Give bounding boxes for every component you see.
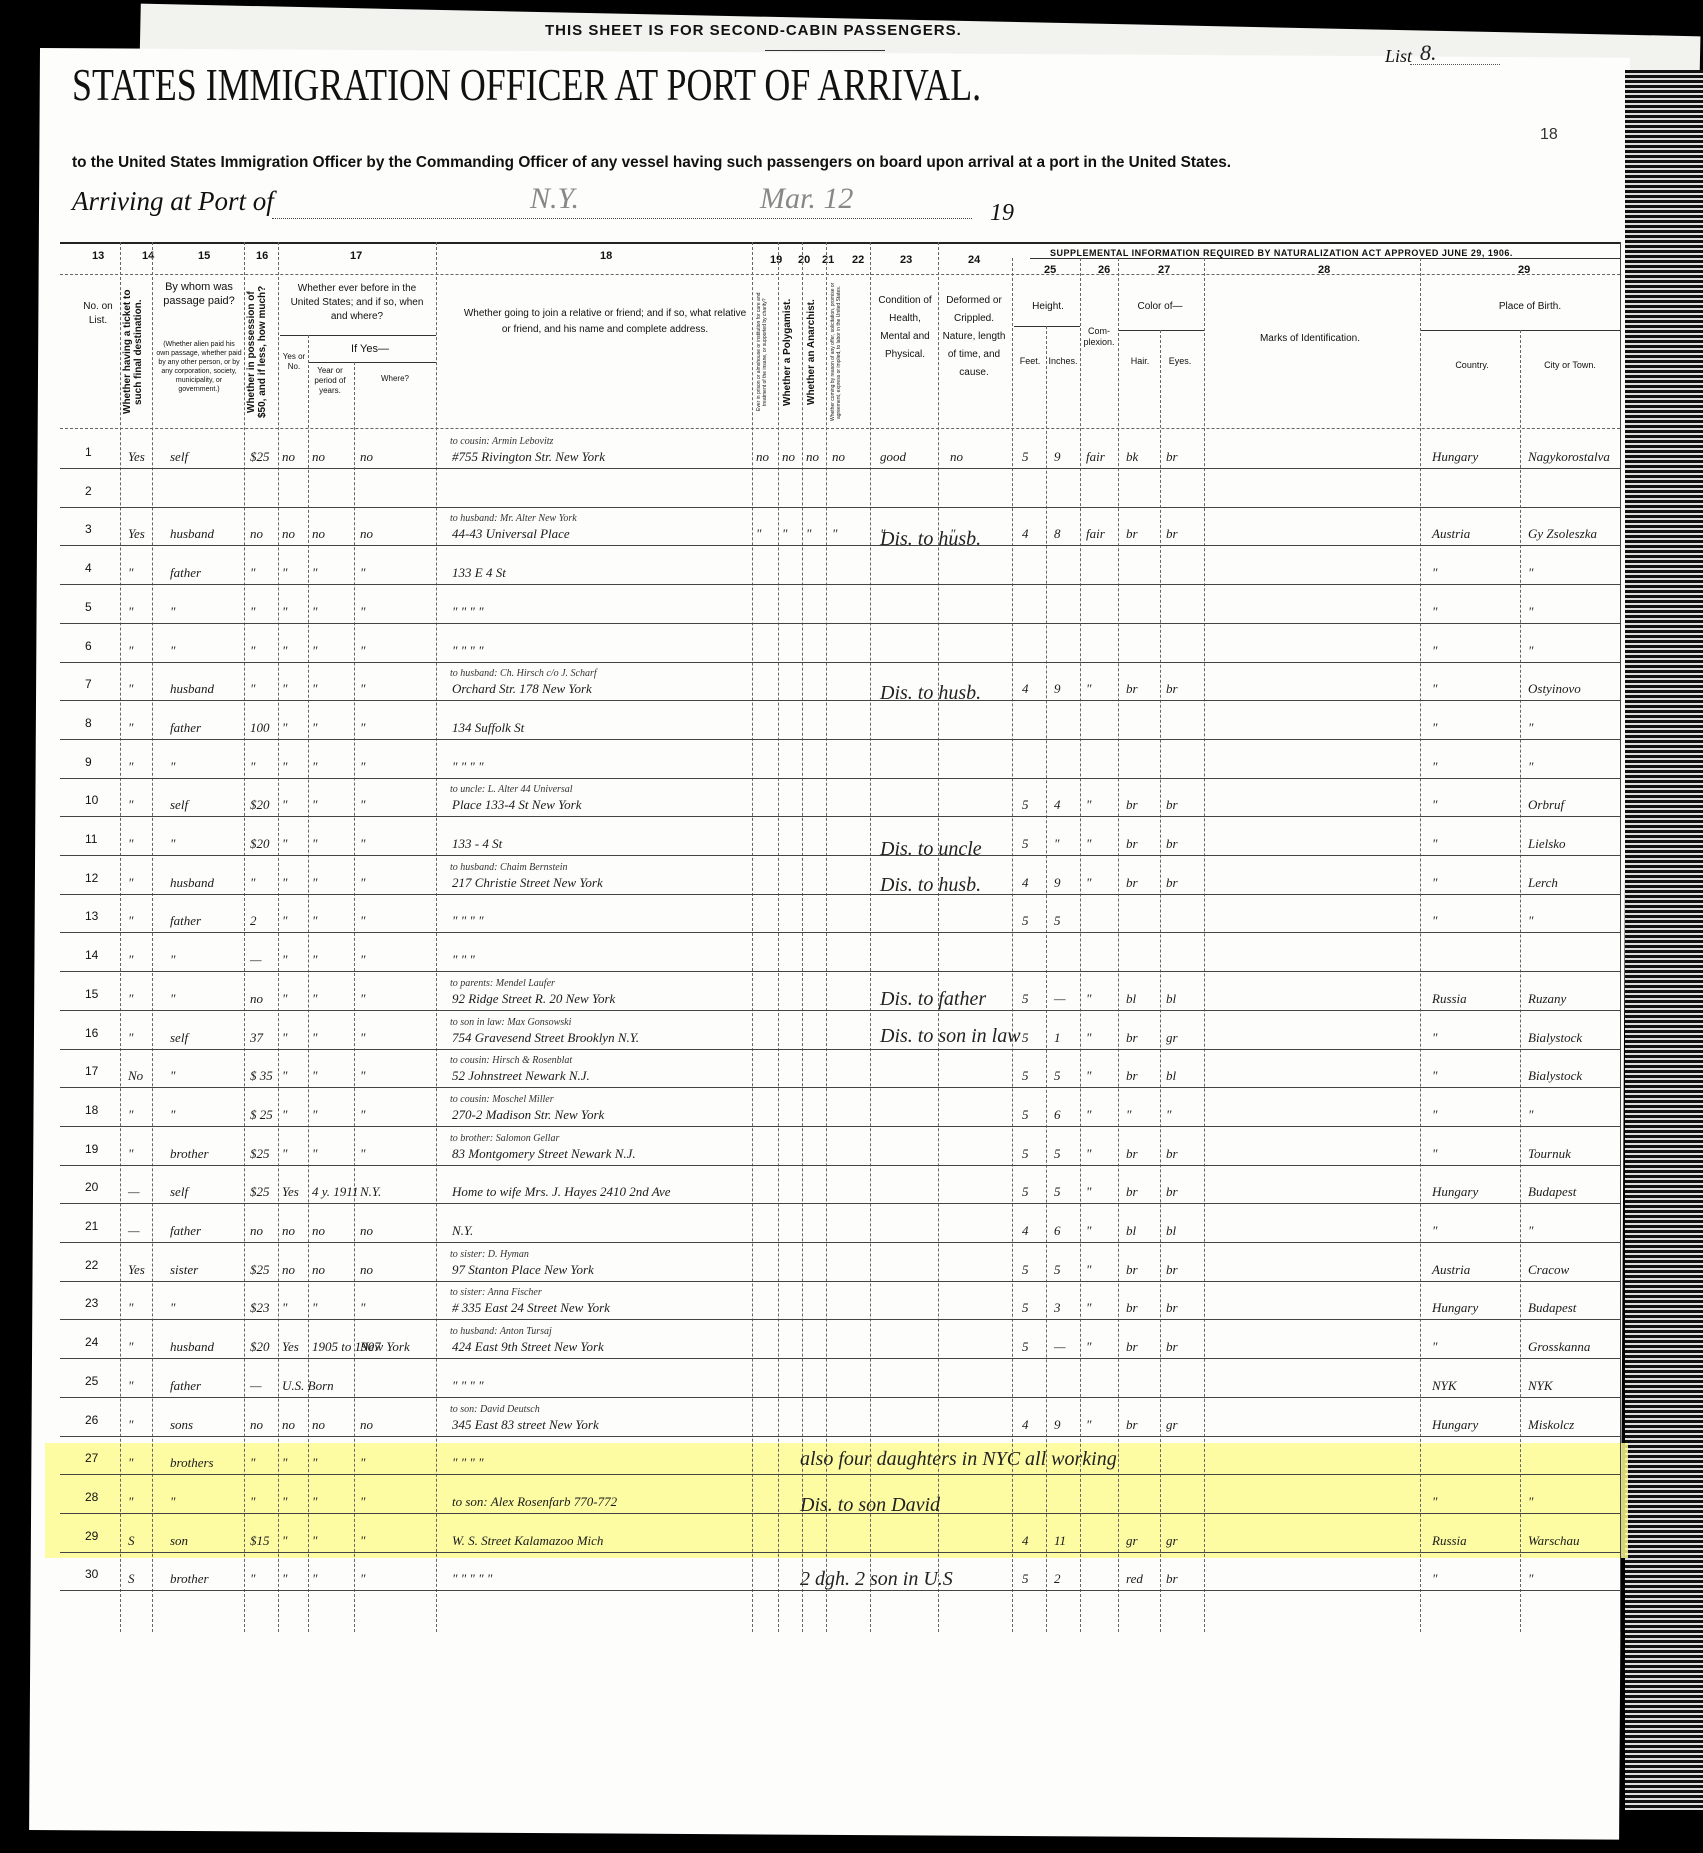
cell-ticket: " — [128, 1417, 133, 1433]
cell-where: New York — [360, 1339, 410, 1355]
cell-money: " — [250, 759, 255, 775]
cell-money: " — [250, 643, 255, 659]
row-number: 3 — [85, 522, 92, 536]
row-number: 15 — [85, 987, 98, 1001]
col-ticket: Whether having a ticket to such final de… — [122, 282, 146, 422]
cell-before: no — [282, 526, 295, 542]
cell-eyes: br — [1166, 1300, 1178, 1316]
cell-city: " — [1528, 643, 1533, 659]
cell-ticket: " — [128, 875, 133, 891]
cell-in: 9 — [1054, 875, 1061, 891]
row-rule — [60, 971, 1620, 972]
relative-address: Orchard Str. 178 New York — [452, 681, 592, 697]
relative-address: 97 Stanton Place New York — [452, 1262, 594, 1278]
row-rule — [60, 662, 1620, 663]
cell-where: " — [360, 1107, 365, 1123]
cell-ticket: " — [128, 681, 133, 697]
cell-city: " — [1528, 913, 1533, 929]
row-rule — [60, 1010, 1620, 1011]
cell-where: " — [360, 1494, 365, 1510]
relative-address: 133 E 4 St — [452, 565, 506, 581]
cell-money: $25 — [250, 449, 270, 465]
col-passage-paid: By whom was passage paid? — [156, 280, 242, 308]
col-num-22: 22 — [852, 254, 864, 266]
list-label: List — [1385, 46, 1412, 67]
col-inches: Inches. — [1046, 354, 1080, 368]
list-rule — [1410, 64, 1500, 65]
table-row: 10to uncle: L. Alter 44 UniversalPlace 1… — [60, 780, 1620, 817]
cell-money: — — [250, 1378, 262, 1394]
relative-name: to cousin: Hirsch & Rosenblat — [450, 1055, 572, 1066]
row-rule — [60, 1049, 1620, 1050]
cell-country: Austria — [1432, 1262, 1470, 1278]
row-number: 10 — [85, 793, 98, 807]
row-rule — [60, 932, 1620, 933]
cell-in: 6 — [1054, 1223, 1061, 1239]
cell-paid: father — [170, 913, 201, 929]
cell-country: Hungary — [1432, 1184, 1478, 1200]
cell-year: " — [312, 1146, 317, 1162]
cell-money: no — [250, 1417, 263, 1433]
cell-where: " — [360, 991, 365, 1007]
cell-in: 11 — [1054, 1533, 1066, 1549]
annotation-row12: Dis. to husb. — [880, 874, 981, 897]
relative-name: to husband: Mr. Alter New York — [450, 513, 577, 524]
cell-ticket: " — [128, 1300, 133, 1316]
cell-year: no — [312, 1262, 325, 1278]
relative-address: " " " " — [452, 1455, 484, 1471]
cell-country: " — [1432, 797, 1437, 813]
cell-ticket: " — [128, 1339, 133, 1355]
cell-ticket: Yes — [128, 1262, 145, 1278]
cell-money: $23 — [250, 1300, 270, 1316]
cell-eyes: br — [1166, 836, 1178, 852]
col-complexion: Com-plexion. — [1082, 326, 1116, 348]
cell-in: 4 — [1054, 797, 1061, 813]
table-row: 22to sister: D. Hyman97 Stanton Place Ne… — [60, 1245, 1620, 1282]
relative-address: " " " " " — [452, 1571, 492, 1587]
cell-paid: husband — [170, 526, 214, 542]
cell-before: " — [282, 1455, 287, 1471]
cell-country: NYK — [1432, 1378, 1457, 1394]
cell-before: Yes — [282, 1339, 299, 1355]
cell-eyes: gr — [1166, 1533, 1178, 1549]
row-number: 24 — [85, 1335, 98, 1349]
cell-cx: " — [1086, 1146, 1091, 1162]
cell-paid: self — [170, 797, 188, 813]
relative-address: 44-43 Universal Place — [452, 526, 570, 542]
cell-where: no — [360, 1223, 373, 1239]
cell-ft: 5 — [1022, 1107, 1029, 1123]
cell-c20: no — [782, 449, 795, 465]
relative-name: to husband: Ch. Hirsch c/o J. Scharf — [450, 668, 597, 679]
cell-where: " — [360, 1068, 365, 1084]
table-row: 2 — [60, 471, 1620, 508]
cell-where: N.Y. — [360, 1184, 381, 1200]
cell-cx: " — [1086, 1223, 1091, 1239]
cell-deformed: no — [950, 449, 963, 465]
table-row: 15to parents: Mendel Laufer92 Ridge Stre… — [60, 974, 1620, 1011]
cell-country: " — [1432, 643, 1437, 659]
cell-in: 2 — [1054, 1571, 1061, 1587]
cell-ticket: " — [128, 720, 133, 736]
col-deformed: Deformed or Crippled. Nature, length of … — [940, 292, 1008, 382]
row-rule — [60, 816, 1620, 817]
cell-before: " — [282, 1068, 287, 1084]
cell-ticket: S — [128, 1533, 135, 1549]
cell-before: " — [282, 913, 287, 929]
cell-money: $25 — [250, 1184, 270, 1200]
cell-where: no — [360, 1262, 373, 1278]
col-country: Country. — [1422, 358, 1522, 372]
cell-year: " — [312, 759, 317, 775]
cell-before: " — [282, 759, 287, 775]
cell-money: $ 25 — [250, 1107, 273, 1123]
cell-money: $25 — [250, 1262, 270, 1278]
row-number: 17 — [85, 1064, 98, 1078]
cell-ft: 5 — [1022, 1262, 1029, 1278]
cell-ticket: — — [128, 1184, 140, 1200]
cell-year: " — [312, 1107, 317, 1123]
cell-paid: husband — [170, 1339, 214, 1355]
cell-where: " — [360, 1030, 365, 1046]
cell-before: " — [282, 1300, 287, 1316]
row-rule — [60, 1126, 1620, 1127]
table-row: 16to son in law: Max Gonsowski754 Graves… — [60, 1013, 1620, 1050]
cell-ft: 5 — [1022, 1184, 1029, 1200]
cell-where: " — [360, 720, 365, 736]
row-number: 18 — [85, 1103, 98, 1117]
cell-ticket: " — [128, 1107, 133, 1123]
relative-name: to sister: Anna Fischer — [450, 1287, 542, 1298]
col-num-16: 16 — [256, 250, 268, 262]
cell-c22: " — [832, 526, 837, 542]
col-city: City or Town. — [1520, 358, 1620, 372]
cell-money: " — [250, 1571, 255, 1587]
cell-hair: br — [1126, 1417, 1138, 1433]
col-passage-paid-note: (Whether alien paid his own passage, whe… — [156, 340, 242, 394]
cell-health: good — [880, 449, 906, 465]
cell-hair: br — [1126, 875, 1138, 891]
row-rule — [60, 1397, 1620, 1398]
relative-address: N.Y. — [452, 1223, 473, 1239]
cell-paid: husband — [170, 875, 214, 891]
cell-ticket: Yes — [128, 526, 145, 542]
relative-name: to husband: Anton Tursaj — [450, 1326, 552, 1337]
annotation-row16: Dis. to son in law — [880, 1025, 1021, 1048]
cell-city: Warschau — [1528, 1533, 1580, 1549]
cell-eyes: gr — [1166, 1030, 1178, 1046]
color-rule — [1118, 330, 1204, 331]
cell-cx: " — [1086, 1262, 1091, 1278]
col-yes-no: Yes or No. — [282, 352, 306, 372]
cell-before: no — [282, 1223, 295, 1239]
row-number: 25 — [85, 1374, 98, 1388]
cell-city: Gy Zsoleszka — [1528, 526, 1597, 542]
c17-rule-2 — [308, 362, 436, 363]
cell-country: Hungary — [1432, 449, 1478, 465]
cell-country: Hungary — [1432, 1300, 1478, 1316]
cell-city: Orbruf — [1528, 797, 1564, 813]
col-money: Whether in possession of $50, and if les… — [246, 282, 274, 422]
cell-city: Grosskanna — [1528, 1339, 1590, 1355]
cell-cx: " — [1086, 1068, 1091, 1084]
cell-eyes: br — [1166, 681, 1178, 697]
table-row: 29W. S. Street Kalamazoo MichSson$15"""4… — [60, 1516, 1620, 1553]
row-rule — [60, 739, 1620, 740]
cell-country: " — [1432, 913, 1437, 929]
cell-ticket: Yes — [128, 449, 145, 465]
cell-country: " — [1432, 565, 1437, 581]
cell-eyes: br — [1166, 449, 1178, 465]
cell-country: " — [1432, 759, 1437, 775]
cell-money: $20 — [250, 797, 270, 813]
cell-c19: " — [756, 526, 761, 542]
cell-money: no — [250, 526, 263, 542]
cell-ft: 5 — [1022, 797, 1029, 813]
relative-address: 424 East 9th Street New York — [452, 1339, 604, 1355]
cell-ticket: " — [128, 797, 133, 813]
col-place-of-birth: Place of Birth. — [1430, 300, 1630, 314]
cell-where: " — [360, 1300, 365, 1316]
row-number: 22 — [85, 1258, 98, 1272]
cell-where: " — [360, 913, 365, 929]
cell-in: " — [1054, 836, 1059, 852]
cell-in: 1 — [1054, 1030, 1061, 1046]
cell-ft: 5 — [1022, 1339, 1029, 1355]
arrival-date: Mar. 12 — [760, 182, 853, 216]
cell-paid: sons — [170, 1417, 193, 1433]
col-anarchist: Whether an Anarchist. — [806, 282, 826, 422]
cell-paid: brother — [170, 1571, 209, 1587]
cell-country: Austria — [1432, 526, 1470, 542]
relative-address: Home to wife Mrs. J. Hayes 2410 2nd Ave — [452, 1184, 671, 1200]
cell-city: " — [1528, 604, 1533, 620]
cell-paid: husband — [170, 681, 214, 697]
cell-country: Hungary — [1432, 1417, 1478, 1433]
col-polygamist: Whether a Polygamist. — [782, 282, 802, 422]
cell-money: no — [250, 1223, 263, 1239]
relative-address: 52 Johnstreet Newark N.J. — [452, 1068, 590, 1084]
relative-address: " " " " — [452, 913, 484, 929]
row-number: 1 — [85, 445, 92, 459]
cell-city: Budapest — [1528, 1184, 1576, 1200]
cell-city: " — [1528, 1107, 1533, 1123]
cell-hair: br — [1126, 1262, 1138, 1278]
cell-city: Nagykorostalva — [1528, 449, 1610, 465]
relative-address: 92 Ridge Street R. 20 New York — [452, 991, 615, 1007]
cell-eyes: gr — [1166, 1417, 1178, 1433]
row-rule — [60, 1203, 1620, 1204]
cell-ticket: No — [128, 1068, 143, 1084]
cell-ticket: " — [128, 604, 133, 620]
annotation-row15: Dis. to father — [880, 988, 986, 1011]
row-number: 12 — [85, 871, 98, 885]
row-number: 30 — [85, 1567, 98, 1581]
cell-before: " — [282, 1107, 287, 1123]
cell-c20: " — [782, 526, 787, 542]
cell-in: 9 — [1054, 1417, 1061, 1433]
cell-country: " — [1432, 604, 1437, 620]
cell-c22: no — [832, 449, 845, 465]
cell-country: " — [1432, 1107, 1437, 1123]
cell-city: Ostyinovo — [1528, 681, 1581, 697]
relative-name: to uncle: L. Alter 44 Universal — [450, 784, 573, 795]
cell-money: $15 — [250, 1533, 270, 1549]
port-value: N.Y. — [530, 182, 579, 216]
cell-where: " — [360, 1146, 365, 1162]
cell-ft: 4 — [1022, 526, 1029, 542]
cell-ft: 4 — [1022, 1223, 1029, 1239]
row-number: 29 — [85, 1529, 98, 1543]
col-num-21: 21 — [822, 254, 834, 266]
relative-name: to husband: Chaim Bernstein — [450, 862, 568, 873]
cell-year: " — [312, 681, 317, 697]
cell-hair: br — [1126, 1030, 1138, 1046]
table-row: 19to brother: Salomon Gellar83 Montgomer… — [60, 1129, 1620, 1166]
cell-c21: " — [806, 526, 811, 542]
cell-where: no — [360, 526, 373, 542]
cell-hair: bl — [1126, 991, 1136, 1007]
cell-money: " — [250, 1455, 255, 1471]
cell-money: " — [250, 1494, 255, 1510]
relative-name: to cousin: Armin Lebovitz — [450, 436, 553, 447]
row-number: 9 — [85, 755, 92, 769]
cell-ticket: " — [128, 1378, 133, 1394]
cell-before: " — [282, 1533, 287, 1549]
table-row: 18to cousin: Moschel Miller270-2 Madison… — [60, 1090, 1620, 1127]
cell-paid: self — [170, 1030, 188, 1046]
row-number: 23 — [85, 1296, 98, 1310]
col-feet: Feet. — [1014, 354, 1046, 368]
list-number: 8. — [1420, 40, 1437, 66]
cell-before: " — [282, 836, 287, 852]
row-rule — [60, 1281, 1620, 1282]
cell-hair: gr — [1126, 1533, 1138, 1549]
cell-paid: son — [170, 1533, 188, 1549]
cell-city: " — [1528, 1494, 1533, 1510]
cell-c19: no — [756, 449, 769, 465]
cell-in: 5 — [1054, 913, 1061, 929]
cell-cx: fair — [1086, 526, 1105, 542]
cell-ticket: " — [128, 759, 133, 775]
cell-city: Cracow — [1528, 1262, 1569, 1278]
cell-ticket: " — [128, 991, 133, 1007]
relative-address: 754 Gravesend Street Brooklyn N.Y. — [452, 1030, 639, 1046]
row-rule — [60, 778, 1620, 779]
relative-name: to son: David Deutsch — [450, 1404, 540, 1415]
cell-paid: " — [170, 952, 175, 968]
row-rule — [60, 468, 1620, 469]
table-row: 11133 - 4 St""$20"""5""brbr"Lielsko — [60, 819, 1620, 856]
cell-in: — — [1054, 1339, 1066, 1355]
cell-ft: 5 — [1022, 449, 1029, 465]
cell-year: " — [312, 991, 317, 1007]
cell-hair: " — [1126, 1107, 1131, 1123]
cell-cx: " — [1086, 1107, 1091, 1123]
port-label: Arriving at Port of — [72, 186, 274, 217]
cell-ticket: " — [128, 1030, 133, 1046]
cell-year: " — [312, 836, 317, 852]
cell-year: " — [312, 1571, 317, 1587]
cell-hair: br — [1126, 1300, 1138, 1316]
table-row: 8134 Suffolk St"father100""""" — [60, 703, 1620, 740]
row-rule — [60, 1087, 1620, 1088]
cell-before: " — [282, 991, 287, 1007]
cell-hair: br — [1126, 1146, 1138, 1162]
top-rule — [60, 242, 1620, 244]
cell-ticket: " — [128, 952, 133, 968]
relative-address: " " " " — [452, 643, 484, 659]
cell-cx: " — [1086, 1030, 1091, 1046]
cell-before: " — [282, 1571, 287, 1587]
cell-ft: 5 — [1022, 836, 1029, 852]
cell-ticket: " — [128, 913, 133, 929]
row-rule — [60, 545, 1620, 546]
cell-year: " — [312, 643, 317, 659]
table-row: 23to sister: Anna Fischer# 335 East 24 S… — [60, 1283, 1620, 1320]
cell-before: no — [282, 1262, 295, 1278]
row-rule — [60, 1358, 1620, 1359]
cell-where: " — [360, 565, 365, 581]
row-number: 5 — [85, 600, 92, 614]
height-rule — [1014, 326, 1080, 327]
cell-city: Bialystock — [1528, 1068, 1582, 1084]
cell-year: " — [312, 1455, 317, 1471]
cell-in: 5 — [1054, 1184, 1061, 1200]
cell-paid: father — [170, 1223, 201, 1239]
col-num-13: 13 — [92, 250, 104, 262]
col-contract-labor: Whether coming by reason of any offer, s… — [830, 282, 852, 422]
cell-city: " — [1528, 720, 1533, 736]
col-height: Height. — [1018, 300, 1078, 314]
col-color-of: Color of— — [1120, 300, 1200, 314]
table-row: 7to husband: Ch. Hirsch c/o J. ScharfOrc… — [60, 664, 1620, 701]
cell-country: " — [1432, 836, 1437, 852]
cell-paid: brothers — [170, 1455, 214, 1471]
cell-city: NYK — [1528, 1378, 1553, 1394]
header-bottom-rule — [60, 428, 1620, 429]
cell-city: " — [1528, 1223, 1533, 1239]
row-rule — [60, 1165, 1620, 1166]
cell-ticket: " — [128, 1146, 133, 1162]
relative-address: 217 Christie Street New York — [452, 875, 603, 891]
cell-year: " — [312, 720, 317, 736]
row-number: 28 — [85, 1490, 98, 1504]
row-number: 6 — [85, 639, 92, 653]
cell-before: no — [282, 449, 295, 465]
cell-country: " — [1432, 875, 1437, 891]
cell-in: 5 — [1054, 1068, 1061, 1084]
cell-cx: " — [1086, 1339, 1091, 1355]
annotation-row29_note: 2 dgh. 2 son in U.S — [800, 1568, 953, 1591]
cell-money: $20 — [250, 1339, 270, 1355]
relative-address: Place 133-4 St New York — [452, 797, 582, 813]
cell-before: " — [282, 1494, 287, 1510]
cell-ft: 5 — [1022, 991, 1029, 1007]
cell-year: " — [312, 604, 317, 620]
col-year-period: Year or period of years. — [310, 366, 350, 396]
cell-country: " — [1432, 1494, 1437, 1510]
cell-before: " — [282, 604, 287, 620]
cell-in: 3 — [1054, 1300, 1061, 1316]
cell-year: no — [312, 1417, 325, 1433]
port-rule — [272, 218, 972, 219]
cell-ticket: " — [128, 1455, 133, 1471]
cell-eyes: bl — [1166, 991, 1176, 1007]
cell-year: no — [312, 449, 325, 465]
cell-money: " — [250, 565, 255, 581]
